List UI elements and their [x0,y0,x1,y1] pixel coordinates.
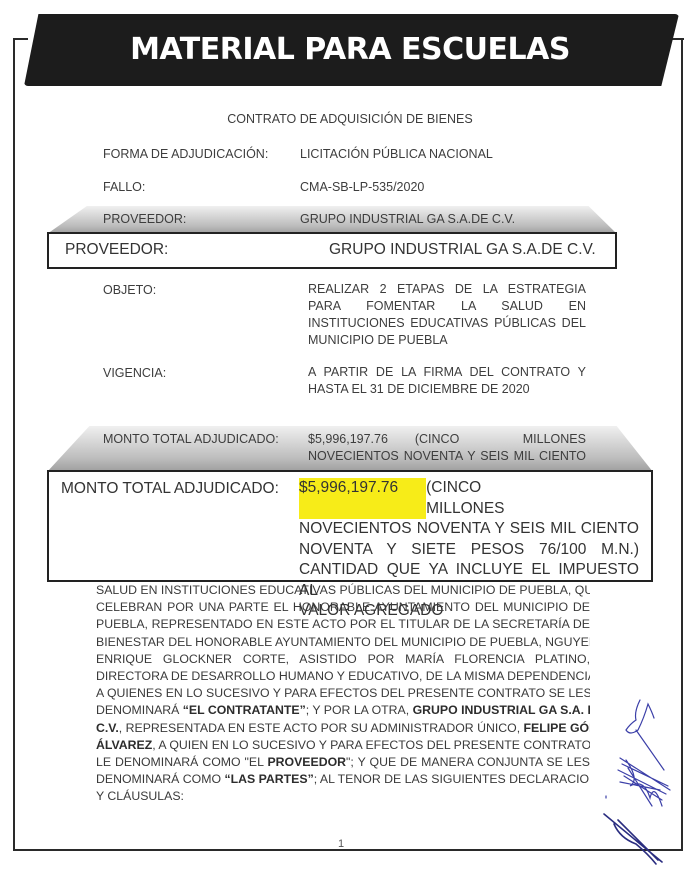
field-label-forma: FORMA DE ADJUDICACIÓN: [103,147,268,161]
callout-proveedor-label: PROVEEDOR: [65,241,168,259]
body-line: A QUIENES EN LO SUCESIVO Y PARA EFECTOS … [96,685,590,702]
body-line: DENOMINARÁ COMO “LAS PARTES”; AL TENOR D… [96,771,590,788]
highlighted-amount: $5,996,197.76 [299,478,426,519]
body-line: C.V., REPRESENTADA EN ESTE ACTO POR SU A… [96,720,590,737]
field-value-monto-line1: $5,996,197.76 (CINCO MILLONES [308,432,586,446]
field-label-fallo: FALLO: [103,180,145,194]
body-line: DIRECTORA DE DESARROLLO HUMANO Y EDUCATI… [96,668,590,685]
callout-monto-label: MONTO TOTAL ADJUDICADO: [61,480,279,498]
field-label-monto: MONTO TOTAL ADJUDICADO: [103,432,279,446]
body-line: LE DENOMINARÁ COMO "EL PROVEEDOR"; Y QUE… [96,754,590,771]
body-line: Y CLÁUSULAS: [96,788,590,805]
field-value-fallo: CMA-SB-LP-535/2020 [300,180,424,194]
field-value-monto-line2: NOVECIENTOS NOVENTA Y SEIS MIL CIENTO [308,449,586,463]
body-line: ÁLVAREZ, A QUIEN EN LO SUCESIVO Y PARA E… [96,737,590,754]
body-line: CELEBRAN POR UNA PARTE EL HONORABLE AYUN… [96,599,590,616]
monto-amount: $5,996,197.76 [308,432,388,446]
body-line: BIENESTAR DEL HONORABLE AYUNTAMIENTO DEL… [96,634,590,651]
headline-title: MATERIAL PARA ESCUELAS [0,14,700,86]
monto-words-1: (CINCO MILLONES [415,432,586,446]
callout-words-2: NOVECIENTOS NOVENTA Y SEIS MIL CIENTO [299,519,639,540]
callout-proveedor: PROVEEDOR: GRUPO INDUSTRIAL GA S.A.DE C.… [47,232,617,269]
field-label-proveedor: PROVEEDOR: [103,212,186,226]
field-label-vigencia: VIGENCIA: [103,366,166,380]
contract-body-paragraph: SALUD EN INSTITUCIONES EDUCATIVAS PÚBLIC… [96,582,590,806]
body-line: SALUD EN INSTITUCIONES EDUCATIVAS PÚBLIC… [96,582,590,599]
field-label-objeto: OBJETO: [103,283,156,297]
contract-title: CONTRATO DE ADQUISICIÓN DE BIENES [0,112,700,126]
page-number: 1 [338,838,344,850]
callout-monto: MONTO TOTAL ADJUDICADO: $5,996,197.76 (C… [47,470,653,582]
callout-words-1: (CINCO MILLONES [426,478,639,519]
callout-words-3: NOVENTA Y SIETE PESOS 76/100 M.N.) [299,540,639,561]
body-line: DENOMINARÁ “EL CONTRATANTE”; Y POR LA OT… [96,702,590,719]
field-value-objeto: REALIZAR 2 ETAPAS DE LA ESTRATEGIA PARA … [308,281,586,349]
body-line: PUEBLA, REPRESENTADO EN ESTE ACTO POR EL… [96,616,590,633]
field-value-vigencia: A PARTIR DE LA FIRMA DEL CONTRATO Y HAST… [308,364,586,398]
callout-proveedor-value: GRUPO INDUSTRIAL GA S.A.DE C.V. [329,241,596,259]
field-value-forma: LICITACIÓN PÚBLICA NACIONAL [300,147,493,161]
signature-marks [600,690,690,870]
body-line: ENRIQUE GLOCKNER CORTE, ASISTIDO POR MAR… [96,651,590,668]
field-value-proveedor: GRUPO INDUSTRIAL GA S.A.DE C.V. [300,212,515,226]
